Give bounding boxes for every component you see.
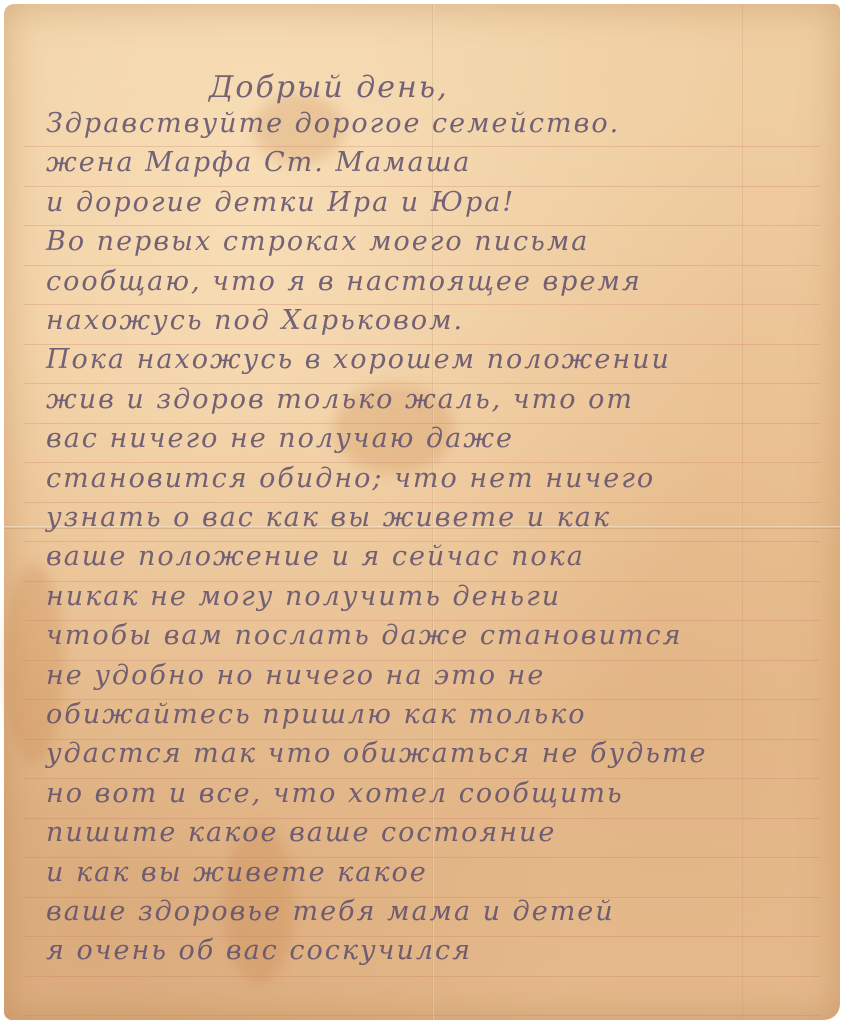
- letter-line: вас ничего не получаю даже: [46, 423, 514, 454]
- letter-line: пишите какое ваше состояние: [46, 817, 556, 848]
- letter-line: удастся так что обижаться не будьте: [46, 738, 708, 769]
- letter-line: никак не могу получить деньги: [46, 581, 561, 612]
- letter-line: сообщаю, что я в настоящее время: [46, 266, 642, 297]
- letter-line: обижайтесь пришлю как только: [46, 699, 587, 730]
- letter-line: и как вы живете какое: [46, 857, 428, 888]
- letter-line: чтобы вам послать даже становится: [46, 620, 682, 651]
- margin-line: [742, 4, 743, 1020]
- letter-line: жив и здоров только жаль, что от: [46, 384, 634, 415]
- letter-paper: Добрый день, Здравствуйте дорогое семейс…: [4, 4, 840, 1020]
- letter-line: я очень об вас соскучился: [46, 935, 472, 966]
- letter-line: жена Марфа Ст. Мамаша: [46, 147, 471, 178]
- letter-line: Здравствуйте дорогое семейство.: [46, 108, 620, 139]
- letter-line: ваше здоровье тебя мама и детей: [46, 896, 615, 927]
- letter-line: нахожусь под Харьковом.: [46, 305, 464, 336]
- letter-line: Пока нахожусь в хорошем положении: [46, 344, 671, 375]
- letter-line: не удобно но ничего на это не: [46, 660, 545, 691]
- letter-line: ваше положение и я сейчас пока: [46, 541, 585, 572]
- letter-line: Во первых строках моего письма: [46, 226, 589, 257]
- letter-line: становится обидно; что нет ничего: [46, 463, 655, 494]
- letter-greeting: Добрый день,: [209, 70, 449, 105]
- letter-line: узнать о вас как вы живете и как: [46, 502, 611, 533]
- ruled-line: [24, 976, 820, 977]
- letter-line: и дорогие детки Ира и Юра!: [46, 187, 515, 218]
- ruled-line: [24, 1015, 820, 1016]
- letter-line: но вот и все, что хотел сообщить: [46, 778, 624, 809]
